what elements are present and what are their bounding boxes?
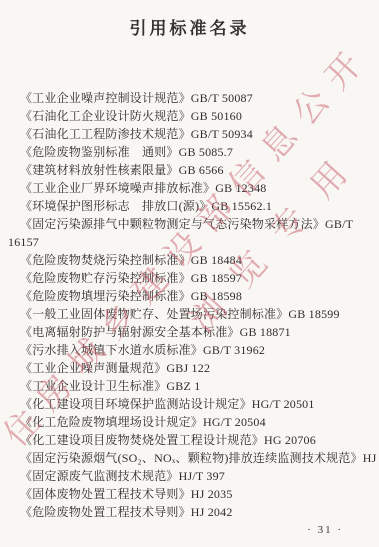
standard-item: 《工业企业设计卫生标准》GBZ 1 (8, 377, 377, 395)
standard-item: 《化工建设项目废物焚烧处置工程设计规范》HG 20706 (8, 431, 377, 449)
standard-item: 《固定污染源排气中颗粒物测定与气态污染物采样方法》GB/T16157 (8, 215, 377, 251)
standard-item: 《危险废物填埋污染控制标准》GB 18598 (8, 287, 377, 305)
standard-item: 《石油化工企业设计防火规范》GB 50160 (8, 107, 377, 125)
document-title: 引用标准名录 (0, 14, 379, 39)
standard-item: 《建筑材料放射性核素限量》GB 6566 (8, 161, 377, 179)
standard-item: 《工业企业厂界环境噪声排放标准》GB 12348 (8, 179, 377, 197)
document-page: 住房城乡建设部信息公开 浏览专用 引用标准名录 《工业企业噪声控制设计规范》GB… (0, 0, 379, 547)
standards-list: 《工业企业噪声控制设计规范》GB/T 50087《石油化工企业设计防火规范》GB… (0, 89, 379, 521)
standard-item: 《危险废物鉴别标准 通则》GB 5085.7 (8, 143, 377, 161)
standard-item: 《固定污染源烟气(SO₂、NOₓ、颗粒物)排放连续监测技术规范》HJ 75 (8, 449, 377, 467)
standard-item: 《化工建设项目环境保护监测站设计规定》HG/T 20501 (8, 395, 377, 413)
standard-item: 《化工危险废物填埋场设计规定》HG/T 20504 (8, 413, 377, 431)
standard-item: 《固体废物处置工程技术导则》HJ 2035 (8, 485, 377, 503)
standard-item: 《工业企业噪声测量规范》GBJ 122 (8, 359, 377, 377)
standard-item: 《危险废物处置工程技术导则》HJ 2042 (8, 503, 377, 521)
page-number: · 31 · (307, 524, 343, 536)
standard-item: 《电离辐射防护与辐射源安全基本标准》GB 18871 (8, 323, 377, 341)
standard-item: 《危险废物贮存污染控制标准》GB 18597 (8, 269, 377, 287)
standard-item: 《固定源废气监测技术规范》HJ/T 397 (8, 467, 377, 485)
standard-item: 《危险废物焚烧污染控制标准》GB 18484 (8, 251, 377, 269)
standard-item: 《石油化工工程防渗技术规范》GB/T 50934 (8, 125, 377, 143)
standard-item: 《一般工业固体废物贮存、处置场污染控制标准》GB 18599 (8, 305, 377, 323)
standard-item: 《污水排入城镇下水道水质标准》GB/T 31962 (8, 341, 377, 359)
standard-item: 《环境保护图形标志 排放口(源)》GB 15562.1 (8, 197, 377, 215)
standard-item: 《工业企业噪声控制设计规范》GB/T 50087 (8, 89, 377, 107)
